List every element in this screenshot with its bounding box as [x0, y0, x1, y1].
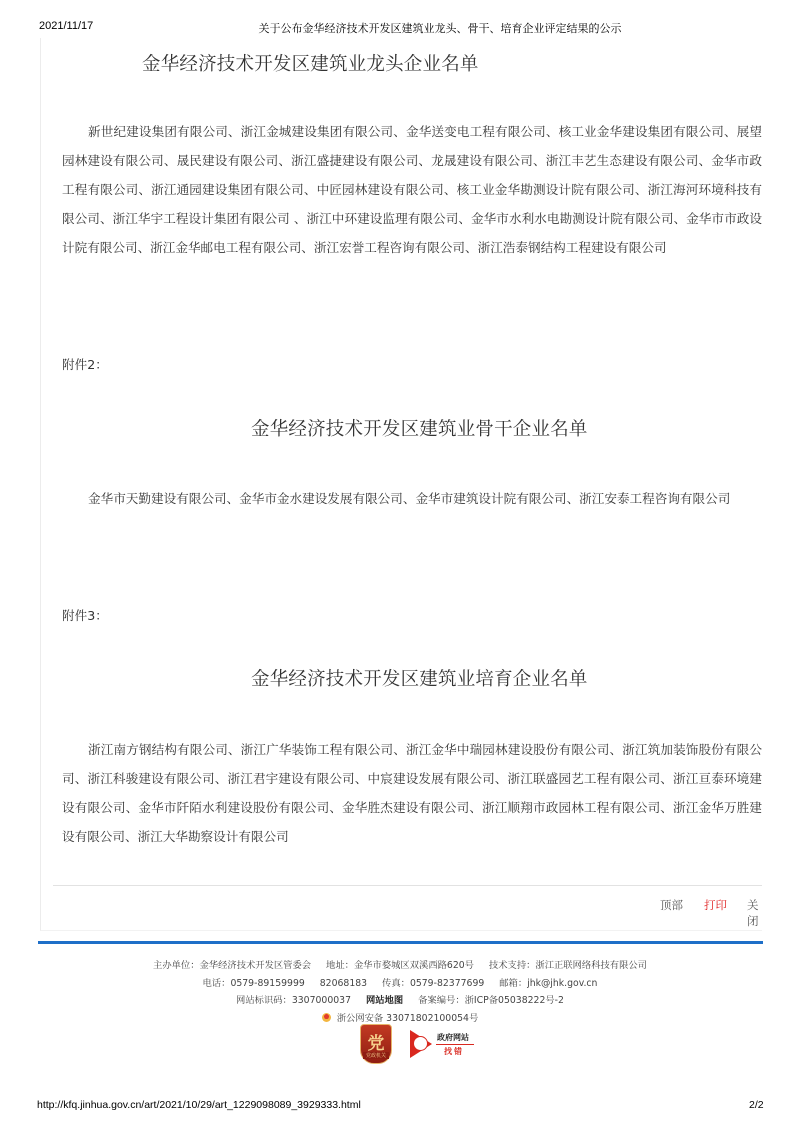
footer-phone-2: 82068183 [320, 978, 367, 989]
footer-site-id: 网站标识码：3307000037 [236, 995, 351, 1006]
footer-phone: 电话：0579-89159999 [203, 978, 305, 989]
back-to-top-link[interactable]: 顶部 [660, 897, 683, 913]
attachment-3-label: 附件3： [62, 605, 108, 624]
cultivation-companies-list: 浙江南方钢结构有限公司、浙江广华装饰工程有限公司、浙江金华中瑞园林建设股份有限公… [62, 735, 762, 851]
backbone-companies-list: 金华市天勤建设有限公司、金华市金水建设发展有限公司、金华市建筑设计院有限公司、浙… [62, 484, 762, 513]
find-badge-line2: 找错 [444, 1046, 464, 1057]
gov-site-error-report-badge[interactable]: 政府网站 找错 [410, 1030, 480, 1060]
footer-icp[interactable]: 备案编号：浙ICP备05038222号-2 [418, 995, 564, 1006]
close-link[interactable]: 关闭 [747, 897, 762, 929]
sitemap-link[interactable]: 网站地图 [366, 995, 403, 1006]
police-record-link[interactable]: 浙公网安备 33071802100054号 [322, 1013, 479, 1024]
print-header: 2021/11/17 关于公布金华经济技术开发区建筑业龙头、骨干、培育企业评定结… [0, 0, 800, 30]
magnifier-icon [414, 1037, 427, 1050]
section-title-backbone: 金华经济技术开发区建筑业骨干企业名单 [251, 415, 588, 441]
site-footer: 主办单位：金华经济技术开发区管委会 地址：金华市婺城区双溪西路620号 技术支持… [0, 957, 800, 1027]
party-badge-caption: 党政机关 [363, 1052, 389, 1059]
article-panel: 金华经济技术开发区建筑业龙头企业名单 新世纪建设集团有限公司、浙江金城建设集团有… [40, 38, 762, 931]
footer-fax: 传真：0579-82377699 [382, 978, 484, 989]
print-link[interactable]: 打印 [704, 897, 727, 913]
divider [53, 885, 762, 886]
print-url: http://kfq.jinhua.gov.cn/art/2021/10/29/… [37, 1099, 361, 1111]
print-page-title: 关于公布金华经济技术开发区建筑业龙头、骨干、培育企业评定结果的公示 [0, 20, 800, 36]
footer-badges: 党 党政机关 政府网站 找错 [0, 1024, 800, 1068]
print-page-number: 2/2 [749, 1099, 764, 1111]
footer-email: 邮箱：jhk@jhk.gov.cn [499, 978, 597, 989]
attachment-2-label: 附件2： [62, 354, 108, 373]
footer-host: 主办单位：金华经济技术开发区管委会 [153, 960, 311, 971]
leading-companies-list: 新世纪建设集团有限公司、浙江金城建设集团有限公司、金华送变电工程有限公司、核工业… [62, 117, 762, 262]
footer-accent-bar [38, 941, 763, 944]
footer-tech-support: 技术支持：浙江正联网络科技有限公司 [489, 960, 647, 971]
police-record-text: 浙公网安备 33071802100054号 [337, 1013, 479, 1024]
party-badge-glyph: 党 [361, 1029, 391, 1054]
footer-address: 地址：金华市婺城区双溪西路620号 [326, 960, 474, 971]
section-title-leading: 金华经济技术开发区建筑业龙头企业名单 [142, 50, 479, 76]
find-badge-rule [436, 1044, 474, 1045]
police-badge-icon [322, 1013, 331, 1022]
find-badge-line1: 政府网站 [437, 1032, 469, 1043]
party-government-badge-icon[interactable]: 党 党政机关 [360, 1024, 392, 1064]
section-title-cultivation: 金华经济技术开发区建筑业培育企业名单 [251, 665, 588, 691]
